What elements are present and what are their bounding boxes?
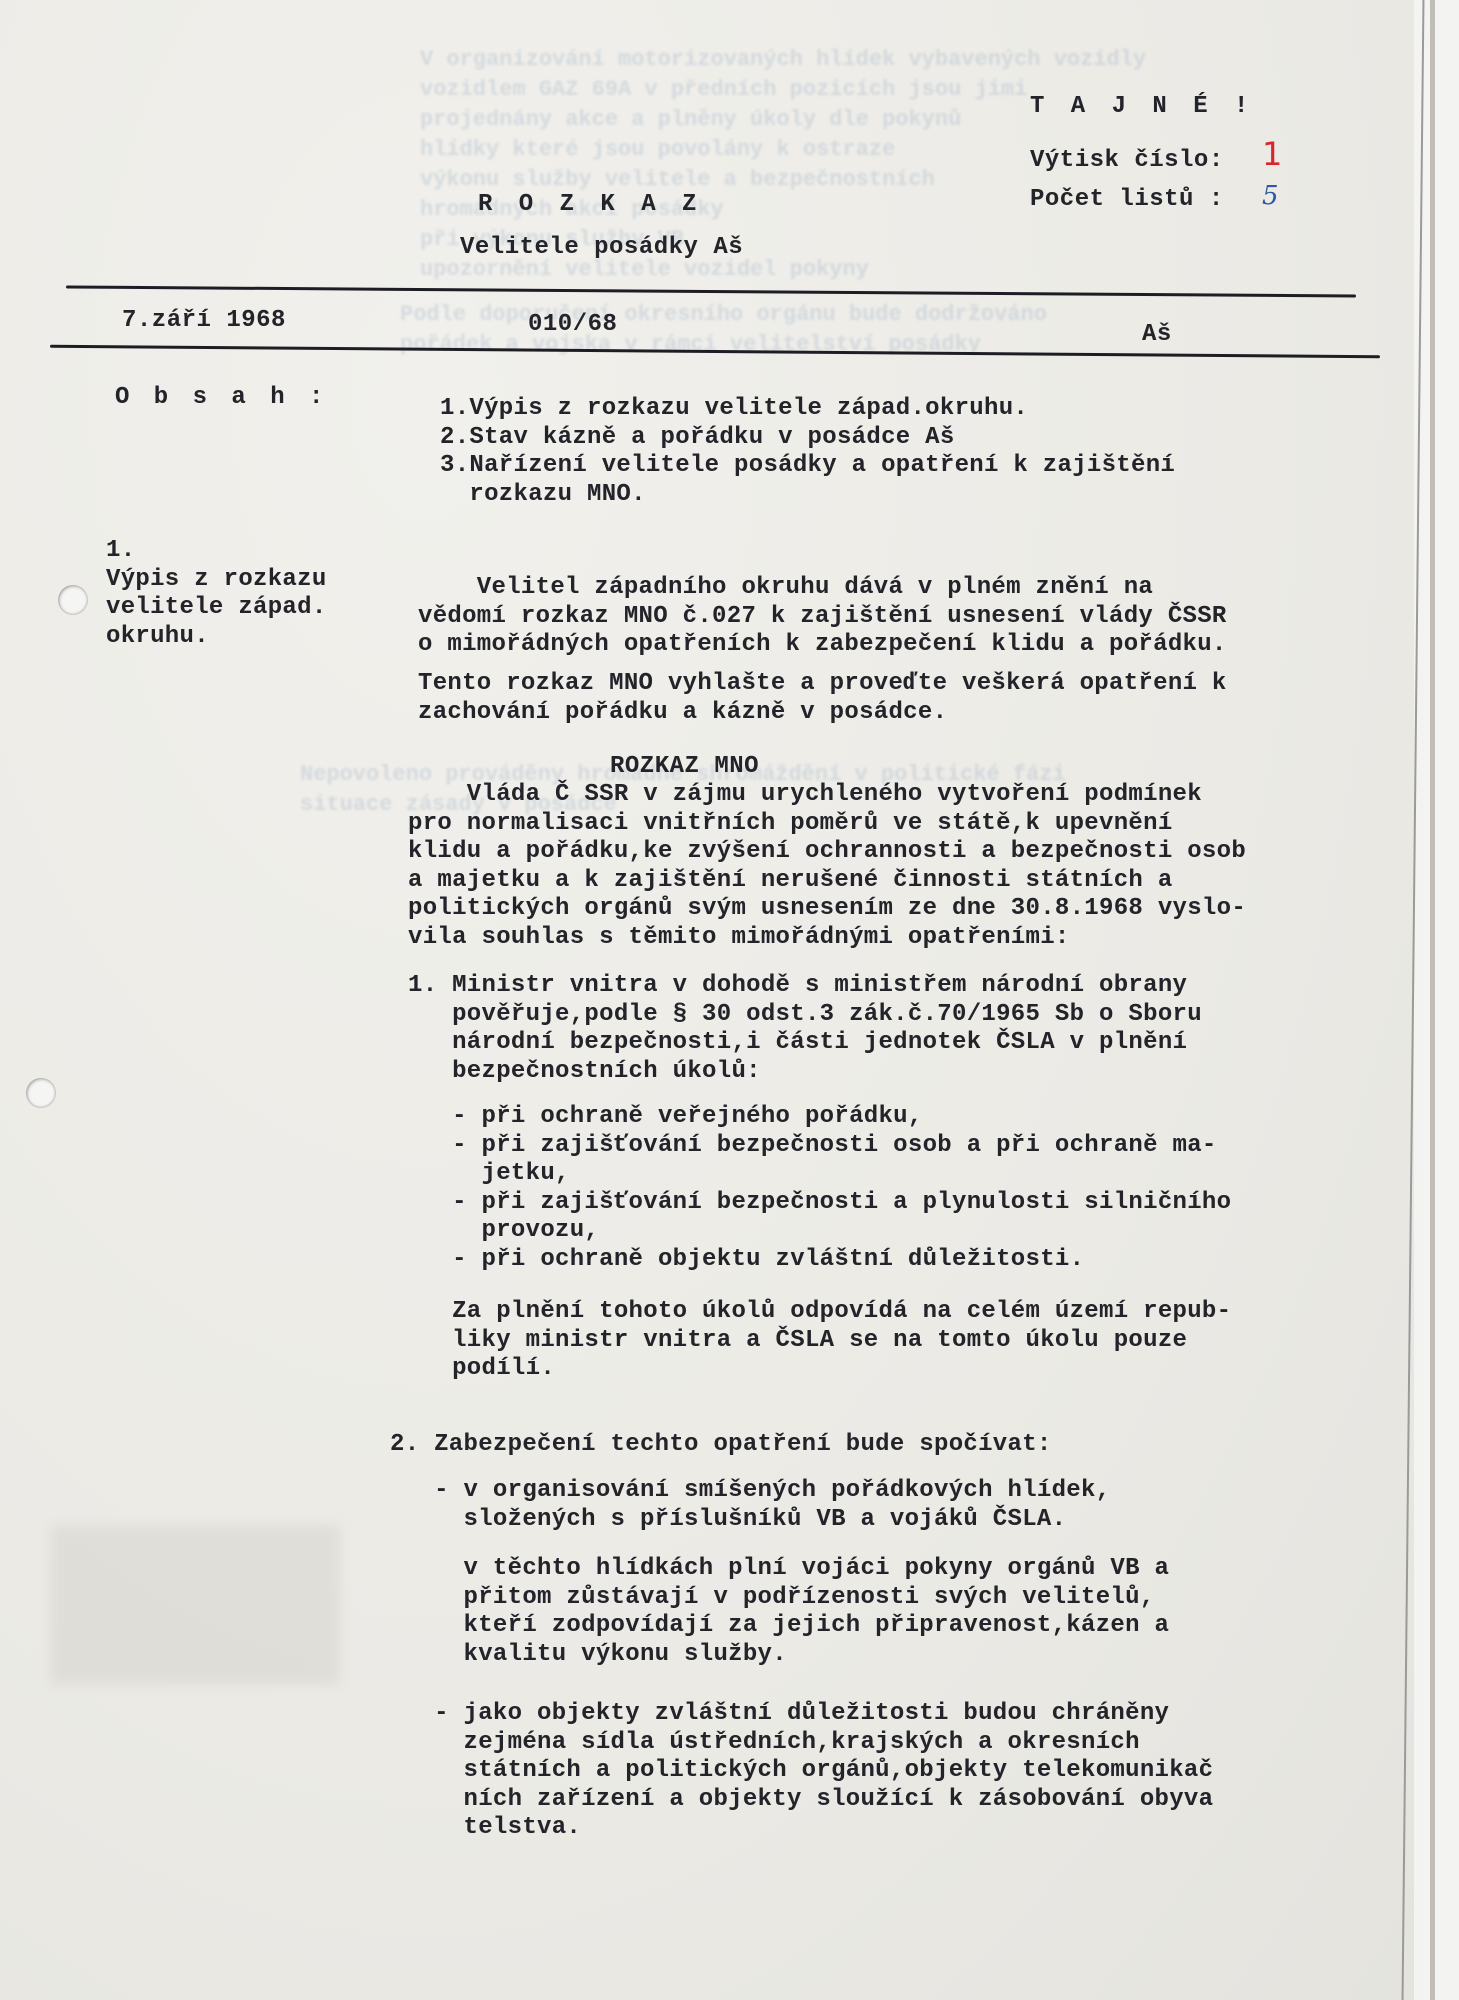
section1-intro: Velitel západního okruhu dává v plném zn…: [418, 574, 1227, 660]
punch-hole-top: [58, 585, 88, 615]
mno-point-2-bullet-1: - v organisování smíšených pořádkových h…: [390, 1477, 1110, 1534]
order-place: Aš: [1142, 320, 1172, 349]
contents-label: O b s a h :: [115, 383, 328, 412]
bullet-item: jetku,: [408, 1160, 1231, 1189]
sheets-count-label: Počet listů :: [1030, 185, 1224, 214]
document-title: R O Z K A Z: [478, 190, 702, 219]
bullet-item: - při zajišťování bezpečnosti osob a při…: [408, 1132, 1231, 1161]
mno-point-1: 1. Ministr vnitra v dohodě s ministřem n…: [408, 972, 1202, 1086]
copy-number-label: Výtisk číslo:: [1030, 146, 1224, 175]
classification-mark: T A J N É !: [1030, 92, 1254, 121]
punch-hole-bottom: [26, 1078, 56, 1108]
order-number: 010/68: [528, 310, 617, 339]
mno-order-title: ROZKAZ MNO: [610, 752, 759, 781]
bullet-item: - při ochraně objektu zvláštní důležitos…: [408, 1246, 1231, 1275]
contents-list: 1.Výpis z rozkazu velitele západ.okruhu.…: [440, 395, 1175, 509]
contents-item: 2.Stav kázně a pořádku v posádce Aš: [440, 424, 1175, 453]
top-rule: [66, 285, 1356, 297]
contents-item: 3.Nařízení velitele posádky a opatření k…: [440, 452, 1175, 481]
sheets-count-value: 5: [1262, 182, 1279, 211]
contents-item: rozkazu MNO.: [440, 481, 1175, 510]
mno-point-2-bullet-2: - jako objekty zvláštní důležitosti budo…: [390, 1700, 1213, 1843]
page-edge-shadow: [1430, 0, 1435, 2000]
mno-point-1-note: Za plnění tohoto úkolů odpovídá na celém…: [408, 1298, 1231, 1384]
mno-order-intro: Vláda Č SSR v zájmu urychleného vytvořen…: [408, 781, 1246, 952]
bullet-item: provozu,: [408, 1217, 1231, 1246]
mno-point-2-bullet-1-note: v těchto hlídkách plní vojáci pokyny org…: [390, 1555, 1169, 1669]
mno-point-2: 2. Zabezpečení techto opatření bude spoč…: [390, 1431, 1052, 1460]
bullet-item: - při zajišťování bezpečnosti a plynulos…: [408, 1189, 1231, 1218]
document-page: V organizování motorizovaných hlídek vyb…: [0, 0, 1420, 2000]
document-subtitle: Velitele posádky Aš: [460, 233, 743, 262]
bullet-item: - při ochraně veřejného pořádku,: [408, 1103, 1231, 1132]
section1-instruction: Tento rozkaz MNO vyhlašte a proveďte veš…: [418, 670, 1227, 727]
mno-point-1-bullets: - při ochraně veřejného pořádku, - při z…: [408, 1103, 1231, 1274]
order-date: 7.září 1968: [122, 306, 286, 335]
contents-item: 1.Výpis z rozkazu velitele západ.okruhu.: [440, 395, 1175, 424]
section1-margin-heading: 1. Výpis z rozkazu velitele západ. okruh…: [106, 537, 327, 651]
copy-number-value: 1: [1262, 140, 1283, 169]
paper-stain: [50, 1525, 340, 1685]
